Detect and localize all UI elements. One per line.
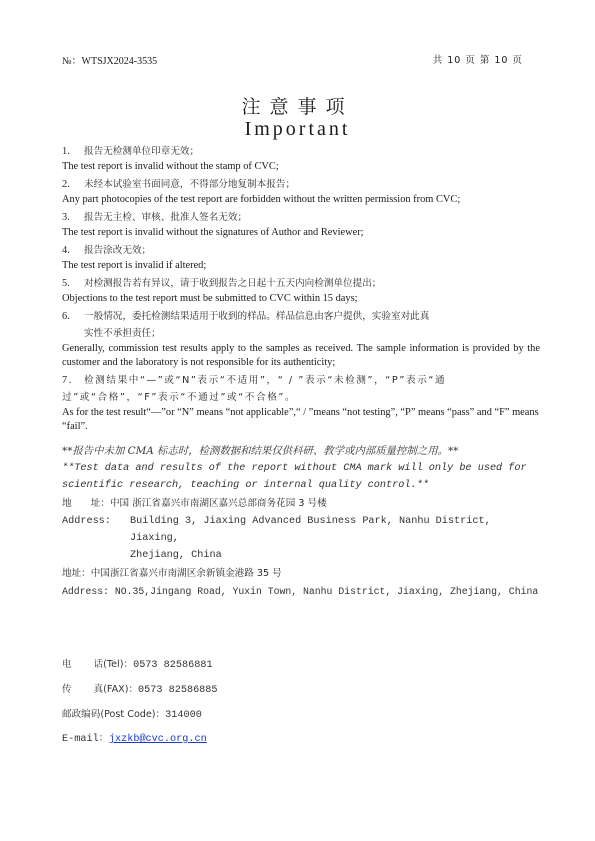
item-text-cn: 一般情况，委托检测结果适用于收到的样品。样品信息由客户提供，实验室对此真 xyxy=(84,311,429,322)
report-number: №：WTSJX2024-3535 xyxy=(62,52,157,67)
item-number: 3. xyxy=(62,209,84,226)
item-number: 2. xyxy=(62,176,84,193)
cma-note-en-2: scientific research, teaching or interna… xyxy=(62,477,540,494)
item-text-cn: 报告涂改无效； xyxy=(84,245,151,256)
address-value: Building 3, Jiaxing Advanced Business Pa… xyxy=(130,513,535,564)
contact-tel: 电话(Tel)：0573 82586881 xyxy=(62,656,218,681)
item-text-cn: 对检测报告若有异议，请于收到报告之日起十五天内向检测单位提出； xyxy=(84,278,381,289)
notice-item-5-cn: 5.对检测报告若有异议，请于收到报告之日起十五天内向检测单位提出； xyxy=(62,275,540,292)
tel-label-2: 话(Tel)： xyxy=(94,659,133,670)
notice-item-2-cn: 2.未经本试验室书面同意，不得部分地复制本报告； xyxy=(62,176,540,193)
address-line-1: Building 3, Jiaxing Advanced Business Pa… xyxy=(130,516,491,544)
notice-item-1-cn: 1.报告无检测单位印章无效； xyxy=(62,143,540,160)
email-link[interactable]: jxzkb@cvc.org.cn xyxy=(109,734,207,745)
address-label: 地 址： xyxy=(62,498,110,509)
email-label: E-mail： xyxy=(62,734,109,745)
post-code-value: 314000 xyxy=(165,710,202,721)
address-line-2: Zhejiang, China xyxy=(130,550,222,561)
fax-label-2: 真(FAX)： xyxy=(94,684,138,695)
contact-email: E-mail：jxzkb@cvc.org.cn xyxy=(62,731,218,756)
address-en-1: Address:Building 3, Jiaxing Advanced Bus… xyxy=(62,513,540,564)
tel-value: 0573 82586881 xyxy=(133,660,212,671)
notice-list: 1.报告无检测单位印章无效； The test report is invali… xyxy=(62,143,540,600)
report-page: №：WTSJX2024-3535 共 10 页 第 10 页 注意事项 Impo… xyxy=(0,0,595,841)
contact-fax: 传真(FAX)：0573 82586885 xyxy=(62,681,218,706)
tel-label: 电 xyxy=(62,659,72,670)
item-number: 6. xyxy=(62,308,84,325)
address-value: 中国 浙江省嘉兴市南湖区嘉兴总部商务花园 3 号楼 xyxy=(110,498,327,509)
notice-item-3-cn: 3.报告无主检、审核、批准人签名无效； xyxy=(62,209,540,226)
fax-label: 传 xyxy=(62,684,72,695)
item-number: 1. xyxy=(62,143,84,160)
post-code-label: 邮政编码(Post Code)： xyxy=(62,709,165,720)
address-label: Address: xyxy=(62,513,130,530)
fax-value: 0573 82586885 xyxy=(138,685,217,696)
page-header: №：WTSJX2024-3535 共 10 页 第 10 页 xyxy=(62,52,523,66)
contact-post-code: 邮政编码(Post Code)：314000 xyxy=(62,706,218,731)
title-english: Important xyxy=(0,118,595,141)
notice-item-7-cn: 7.检测结果中“—”或“N”表示“不适用”，“ / ”表示“未检测”，“P”表示… xyxy=(62,372,540,389)
notice-item-1-en: The test report is invalid without the s… xyxy=(62,160,540,174)
notice-item-2-en: Any part photocopies of the test report … xyxy=(62,193,502,207)
notice-item-4-cn: 4.报告涂改无效； xyxy=(62,242,540,259)
item-text-cn: 报告无检测单位印章无效； xyxy=(84,146,199,157)
notice-item-7-en: As for the test result“—”or “N” means “n… xyxy=(62,406,540,434)
item-number: 4. xyxy=(62,242,84,259)
notice-item-5-en: Objections to the test report must be su… xyxy=(62,292,540,306)
item-text-cn: 未经本试验室书面同意，不得部分地复制本报告； xyxy=(84,179,295,190)
address-en-2: Address: NO.35,Jingang Road, Yuxin Town,… xyxy=(62,583,540,600)
cma-note-en-1: **Test data and results of the report wi… xyxy=(62,460,540,477)
notice-item-6-cn-cont: 实性不承担责任； xyxy=(62,325,540,342)
address-cn-2: 地址：中国浙江省嘉兴市南湖区余新镇金港路 35 号 xyxy=(62,564,540,583)
notice-item-6-cn: 6.一般情况，委托检测结果适用于收到的样品。样品信息由客户提供，实验室对此真 xyxy=(62,308,540,325)
notice-item-7-cn-cont: 过”或“合格”，“F”表示“不通过”或“不合格”。 xyxy=(62,389,540,406)
item-number: 5. xyxy=(62,275,84,292)
address-cn-1: 地 址：中国 浙江省嘉兴市南湖区嘉兴总部商务花园 3 号楼 xyxy=(62,494,540,513)
page-counter: 共 10 页 第 10 页 xyxy=(433,52,523,66)
contact-info: 电话(Tel)：0573 82586881 传真(FAX)：0573 82586… xyxy=(62,656,218,756)
title-chinese: 注意事项 xyxy=(0,92,595,119)
notice-item-3-en: The test report is invalid without the s… xyxy=(62,226,540,240)
item-number: 7. xyxy=(62,372,84,389)
cma-note-cn: **报告中未加 CMA 标志时，检测数据和结果仅供科研、教学或内部质量控制之用。… xyxy=(62,442,540,460)
item-text-cn: 检测结果中“—”或“N”表示“不适用”，“ / ”表示“未检测”，“P”表示“通 xyxy=(84,375,446,386)
notice-item-4-en: The test report is invalid if altered; xyxy=(62,259,540,273)
notice-item-6-en: Generally, commission test results apply… xyxy=(62,342,540,370)
item-text-cn: 报告无主检、审核、批准人签名无效； xyxy=(84,212,247,223)
